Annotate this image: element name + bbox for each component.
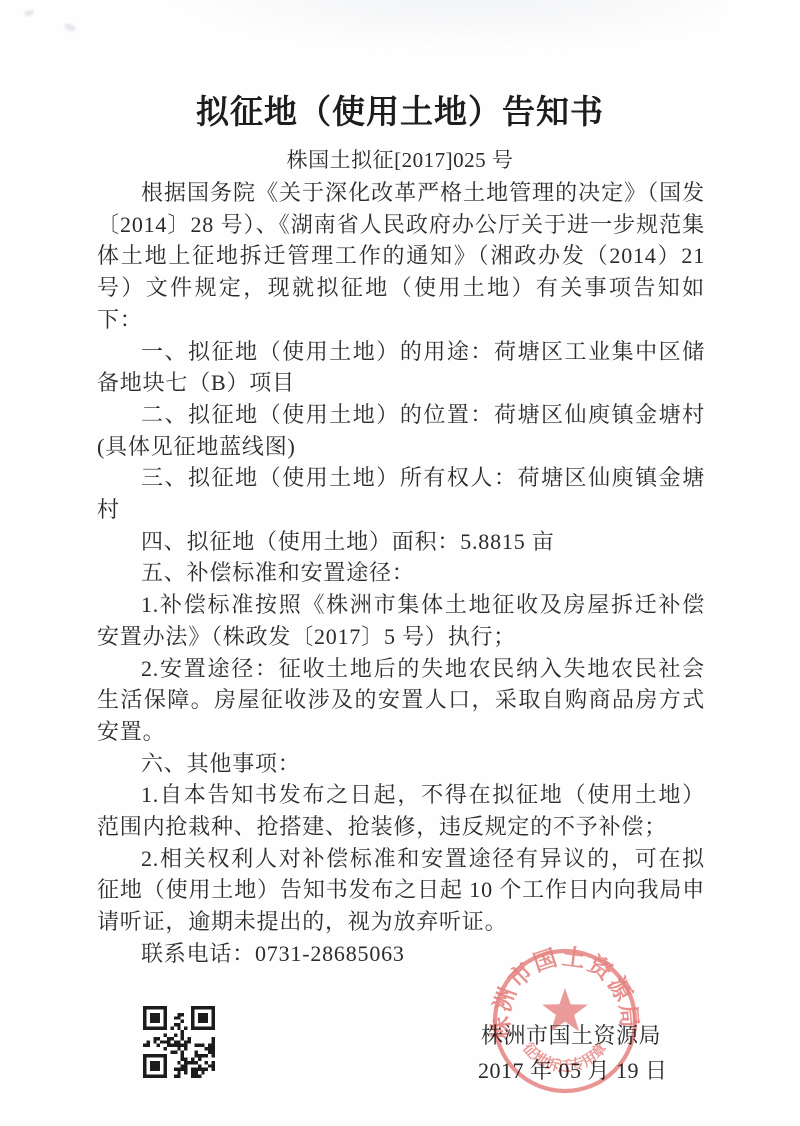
- scan-artifact-speck: [23, 9, 34, 17]
- paragraph: 根据国务院《关于深化改革严格土地管理的决定》（国发〔2014〕28 号）、《湖南…: [97, 177, 705, 336]
- qr-code-icon: [143, 1006, 215, 1078]
- paragraph: 五、补偿标准和安置途径：: [97, 557, 705, 589]
- document-title: 拟征地（使用土地）告知书: [0, 86, 800, 133]
- paragraph: 2.安置途径：征收土地后的失地农民纳入失地农民社会生活保障。房屋征收涉及的安置人…: [97, 653, 705, 748]
- document-body: 根据国务院《关于深化改革严格土地管理的决定》（国发〔2014〕28 号）、《湖南…: [97, 177, 705, 970]
- scanned-document-page: 拟征地（使用土地）告知书 株国土拟征[2017]025 号 根据国务院《关于深化…: [0, 0, 800, 1126]
- paragraph: 一、拟征地（使用土地）的用途：荷塘区工业集中区储备地块七（B）项目: [97, 336, 705, 399]
- paragraph: 1.自本告知书发布之日起，不得在拟征地（使用土地）范围内抢栽种、抢搭建、抢装修，…: [97, 779, 705, 842]
- seal-bottom-text: 征地拆迁专用章: [519, 1039, 611, 1075]
- paragraph: 1.补偿标准按照《株洲市集体土地征收及房屋拆迁补偿安置办法》（株政发〔2017〕…: [97, 589, 705, 652]
- scan-artifact-speck: [63, 22, 77, 33]
- paragraph: 三、拟征地（使用土地）所有权人：荷塘区仙庾镇金塘村: [97, 462, 705, 525]
- scan-artifact-smudge: [160, 0, 720, 52]
- document-number: 株国土拟征[2017]025 号: [0, 144, 800, 174]
- svg-text:征地拆迁专用章: 征地拆迁专用章: [519, 1039, 611, 1075]
- paragraph: 六、其他事项：: [97, 748, 705, 780]
- paragraph: 四、拟征地（使用土地）面积：5.8815 亩: [97, 526, 705, 558]
- seal-star-icon: [542, 988, 588, 1031]
- paragraph: 2.相关权利人对补偿标准和安置途径有异议的，可在拟征地（使用土地）告知书发布之日…: [97, 843, 705, 938]
- paragraph: 二、拟征地（使用土地）的位置：荷塘区仙庾镇金塘村(具体见征地蓝线图): [97, 399, 705, 462]
- official-seal: 株洲市国土资源局 征地拆迁专用章: [485, 941, 645, 1101]
